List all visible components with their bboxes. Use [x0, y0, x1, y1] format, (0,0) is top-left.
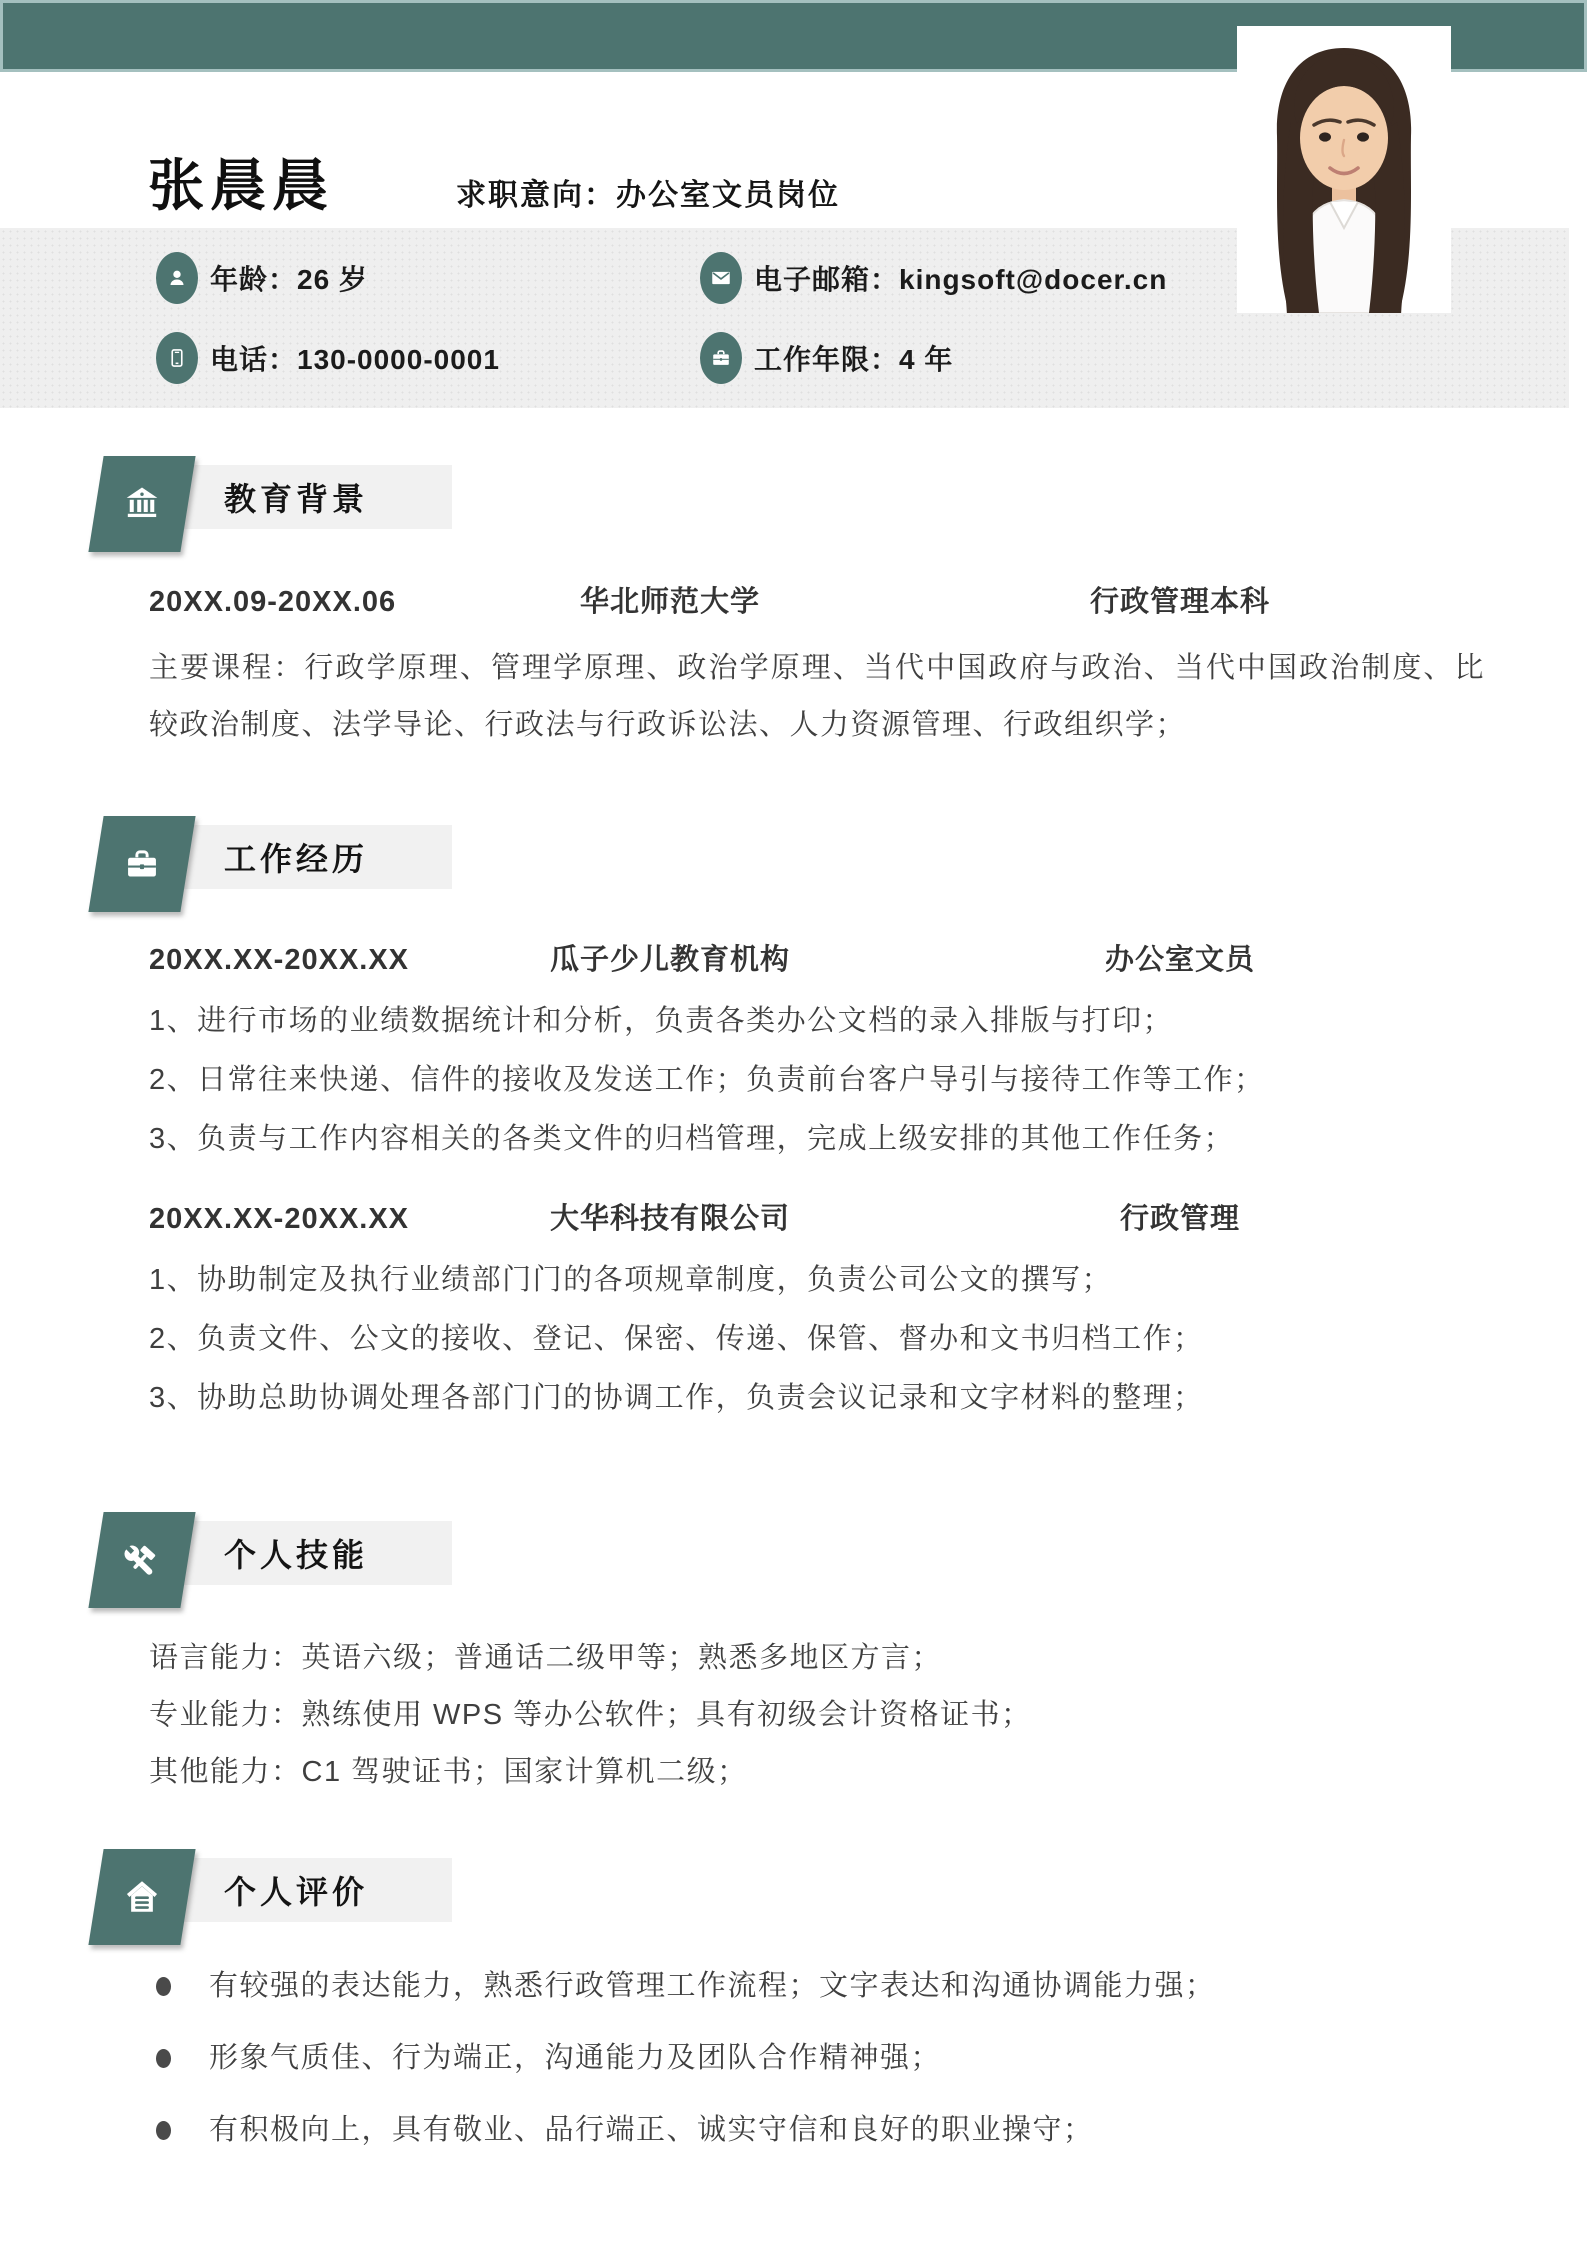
skill-line: 专业能力：熟练使用 WPS 等办公软件；具有初级会计资格证书； — [149, 1687, 1587, 1744]
section-header-skills: 个人技能 — [96, 1512, 1587, 1608]
evaluation-item: 形象气质佳、行为端正，沟通能力及团队合作精神强； — [156, 2033, 1587, 2083]
job-period: 20XX.XX-20XX.XX — [149, 1199, 460, 1239]
envelope-icon — [700, 252, 742, 304]
education-period: 20XX.09-20XX.06 — [149, 582, 460, 622]
job-company: 大华科技有限公司 — [460, 1199, 880, 1239]
bullet-dot-icon — [156, 2049, 171, 2068]
skill-line: 语言能力：英语六级；普通话二级甲等；熟悉多地区方言； — [149, 1630, 1587, 1687]
evaluation-list: 有较强的表达能力，熟悉行政管理工作流程；文字表达和沟通协调能力强； 形象气质佳、… — [0, 1961, 1587, 2155]
job-duties: 1、协助制定及执行业绩部门门的各项规章制度，负责公司公文的撰写； 2、负责文件、… — [0, 1251, 1587, 1428]
skills-chip — [88, 1512, 195, 1608]
education-entry-row: 20XX.09-20XX.06 华北师范大学 行政管理本科 — [149, 582, 1587, 622]
info-item-age: 年龄：26 岁 — [156, 252, 700, 304]
education-courses: 主要课程：行政学原理、管理学原理、政治学原理、当代中国政府与政治、当代中国政治制… — [149, 640, 1485, 754]
resume-page: 张晨晨 求职意向：办公室文员岗位 年龄：26 岁 电子邮箱：kingsoft@d… — [0, 0, 1587, 2245]
education-chip — [88, 456, 195, 552]
job-entry-row: 20XX.XX-20XX.XX 大华科技有限公司 行政管理 — [149, 1199, 1587, 1239]
education-major: 行政管理本科 — [880, 582, 1480, 622]
evaluation-text: 有积极向上，具有敬业、品行端正、诚实守信和良好的职业操守； — [209, 2105, 1094, 2155]
bullet-dot-icon — [156, 1977, 171, 1996]
job-position: 办公室文员 — [880, 940, 1480, 980]
section-header-work: 工作经历 — [96, 816, 1587, 912]
info-item-phone: 电话：130-0000-0001 — [156, 332, 700, 384]
briefcase-icon — [700, 332, 742, 384]
duty-line: 2、负责文件、公文的接收、登记、保密、传递、保管、督办和文书归档工作； — [149, 1310, 1587, 1369]
job-duties: 1、进行市场的业绩数据统计和分析，负责各类办公文档的录入排版与打印； 2、日常往… — [0, 992, 1587, 1169]
duty-line: 1、协助制定及执行业绩部门门的各项规章制度，负责公司公文的撰写； — [149, 1251, 1587, 1310]
duty-line: 3、负责与工作内容相关的各类文件的归档管理，完成上级安排的其他工作任务； — [149, 1110, 1587, 1169]
job-period: 20XX.XX-20XX.XX — [149, 940, 460, 980]
evaluation-item: 有较强的表达能力，熟悉行政管理工作流程；文字表达和沟通协调能力强； — [156, 1961, 1587, 2011]
job-objective: 求职意向：办公室文员岗位 — [456, 170, 840, 214]
bullet-dot-icon — [156, 2121, 171, 2140]
job-entry-row: 20XX.XX-20XX.XX 瓜子少儿教育机构 办公室文员 — [149, 940, 1587, 980]
age-text: 年龄：26 岁 — [210, 258, 368, 298]
info-item-experience: 工作年限：4 年 — [700, 332, 1569, 384]
tools-icon — [120, 1538, 164, 1582]
education-school: 华北师范大学 — [460, 582, 880, 622]
work-chip — [88, 816, 195, 912]
evaluation-text: 有较强的表达能力，熟悉行政管理工作流程；文字表达和沟通协调能力强； — [209, 1961, 1216, 2011]
evaluation-text: 形象气质佳、行为端正，沟通能力及团队合作精神强； — [209, 2033, 941, 2083]
skills-list: 语言能力：英语六级；普通话二级甲等；熟悉多地区方言； 专业能力：熟练使用 WPS… — [0, 1630, 1587, 1801]
work-title: 工作经历 — [224, 834, 368, 880]
skill-line: 其他能力：C1 驾驶证书；国家计算机二级； — [149, 1744, 1587, 1801]
person-icon — [156, 252, 198, 304]
job-position: 行政管理 — [880, 1199, 1480, 1239]
duty-line: 2、日常往来快递、信件的接收及发送工作；负责前台客户导引与接待工作等工作； — [149, 1051, 1587, 1110]
bank-icon — [119, 481, 165, 527]
profile-photo — [1237, 26, 1451, 313]
section-header-education: 教育背景 — [96, 456, 1587, 552]
email-text: 电子邮箱：kingsoft@docer.cn — [754, 258, 1167, 298]
duty-line: 3、协助总助协调处理各部门门的协调工作，负责会议记录和文字材料的整理； — [149, 1369, 1587, 1428]
briefcase-icon — [120, 842, 164, 886]
candidate-name: 张晨晨 — [148, 158, 334, 214]
phone-icon — [156, 332, 198, 384]
evaluation-chip — [88, 1849, 195, 1945]
portrait-illustration — [1237, 26, 1451, 313]
evaluation-title: 个人评价 — [224, 1867, 368, 1913]
phone-text: 电话：130-0000-0001 — [210, 338, 500, 378]
house-icon — [121, 1876, 163, 1918]
section-header-evaluation: 个人评价 — [96, 1849, 1587, 1945]
education-title: 教育背景 — [224, 474, 368, 520]
evaluation-item: 有积极向上，具有敬业、品行端正、诚实守信和良好的职业操守； — [156, 2105, 1587, 2155]
skills-title: 个人技能 — [224, 1530, 368, 1576]
job-company: 瓜子少儿教育机构 — [460, 940, 880, 980]
duty-line: 1、进行市场的业绩数据统计和分析，负责各类办公文档的录入排版与打印； — [149, 992, 1587, 1051]
experience-text: 工作年限：4 年 — [754, 338, 953, 378]
